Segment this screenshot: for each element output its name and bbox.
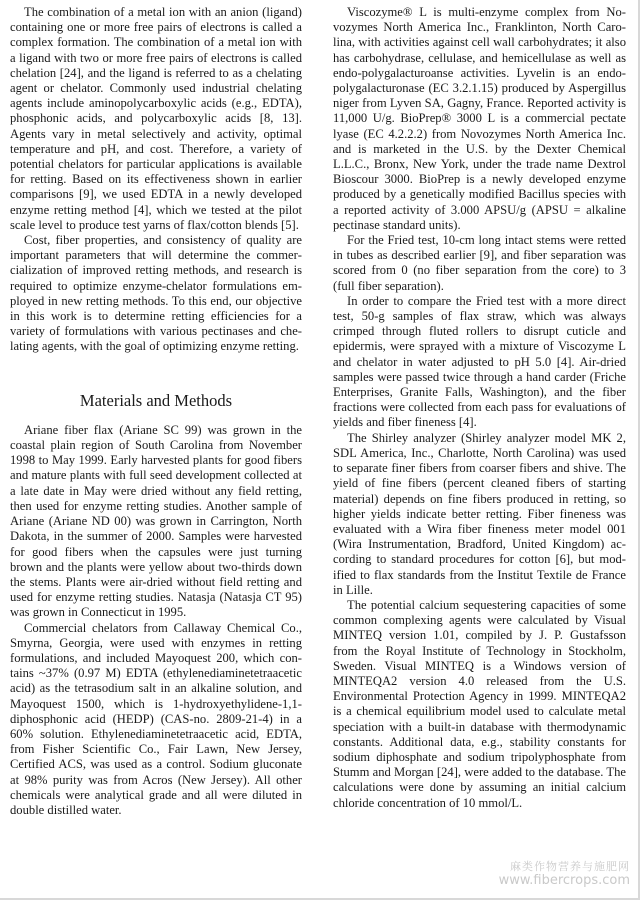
watermark-url: www.fibercrops.com bbox=[499, 874, 630, 888]
fried-test-paragraph: For the Fried test, 10-cm long intact st… bbox=[333, 233, 626, 294]
section-heading-materials-and-methods: Materials and Methods bbox=[10, 393, 302, 408]
minteq-paragraph: The potential calcium sequestering capac… bbox=[333, 598, 626, 811]
right-column: Viscozyme® L is multi-enzyme complex fro… bbox=[333, 5, 626, 811]
shirley-analyzer-paragraph: The Shirley analyzer (Shirley analyzer m… bbox=[333, 431, 626, 598]
intro-paragraph-1: The combination of a metal ion with an a… bbox=[10, 5, 302, 233]
straw-test-paragraph: In order to compare the Fried test with … bbox=[333, 294, 626, 431]
watermark: 麻类作物营养与施肥网 www.fibercrops.com bbox=[499, 860, 630, 888]
left-column: The combination of a metal ion with an a… bbox=[10, 5, 302, 818]
intro-paragraph-2: Cost, fiber properties, and consistency … bbox=[10, 233, 302, 355]
methods-paragraph-chelators: Commercial chelators from Callaway Chemi… bbox=[10, 621, 302, 819]
enzymes-paragraph: Viscozyme® L is multi-enzyme complex fro… bbox=[333, 5, 626, 233]
watermark-chinese-text: 麻类作物营养与施肥网 bbox=[499, 860, 630, 874]
paper-page: The combination of a metal ion with an a… bbox=[0, 0, 640, 900]
methods-paragraph-flax-samples: Ariane fiber flax (Ariane SC 99) was gro… bbox=[10, 423, 302, 621]
